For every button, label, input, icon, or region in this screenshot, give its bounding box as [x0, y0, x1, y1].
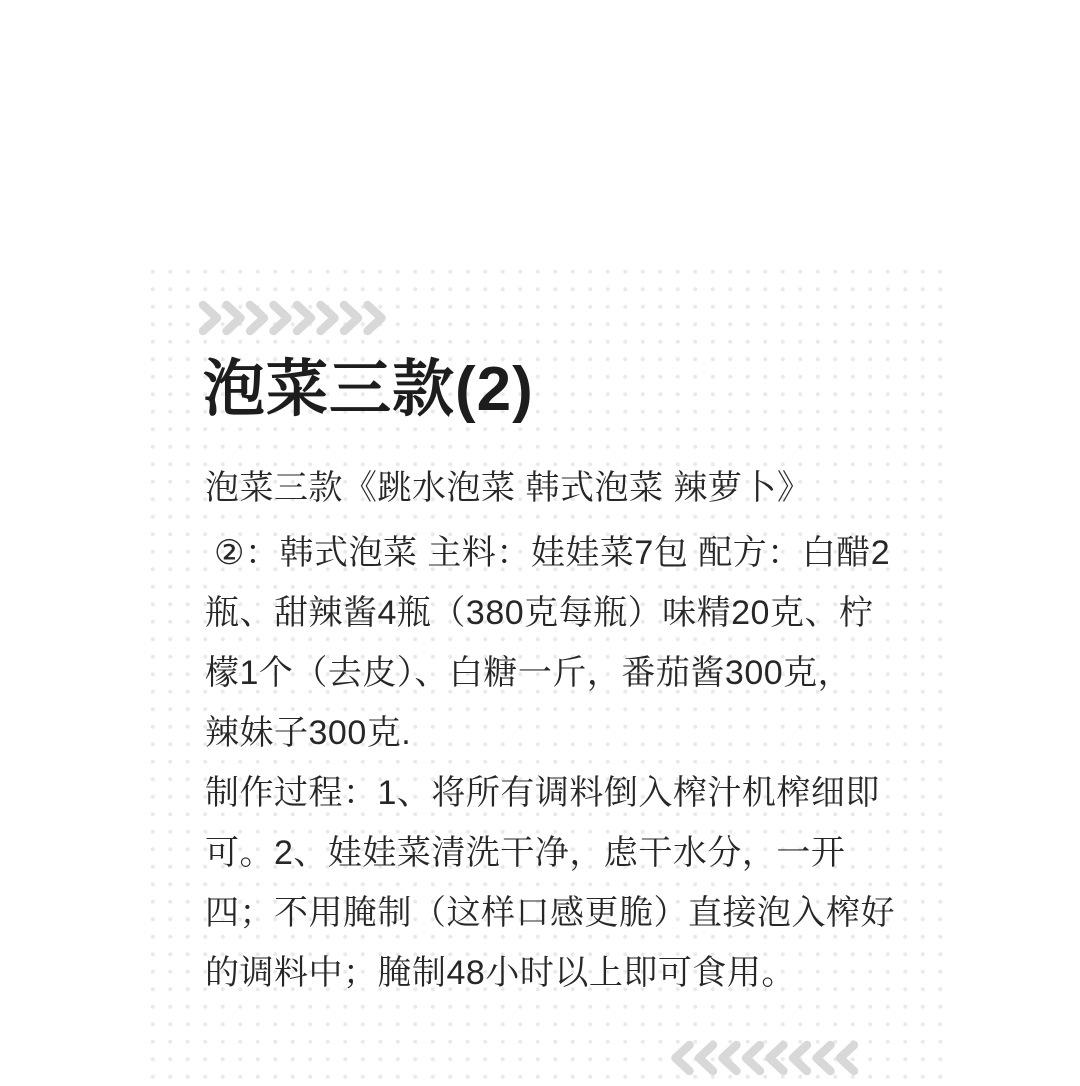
chevrons-right-icon — [199, 300, 389, 336]
recipe-steps-line: 四；不用腌制（这样口感更脆）直接泡入榨好 — [205, 883, 905, 943]
recipe-ingredients-line: 瓶、甜辣酱4瓶（380克每瓶）味精20克、柠 — [205, 583, 905, 643]
recipe-subtitle-line: 泡菜三款《跳水泡菜 韩式泡菜 辣萝卜》 — [205, 458, 905, 518]
recipe-steps-line: 可。2、娃娃菜清洗干净，虑干水分，一开 — [205, 823, 905, 883]
recipe-ingredients-line: 辣妹子300克. — [205, 703, 905, 763]
recipe-ingredients-line: 檬1个（去皮）、白糖一斤，番茄酱300克， — [205, 643, 905, 703]
recipe-steps-line: 制作过程：1、将所有调料倒入榨汁机榨细即 — [205, 763, 905, 823]
chevrons-left-icon — [668, 1040, 858, 1076]
recipe-body: 泡菜三款《跳水泡菜 韩式泡菜 辣萝卜》 ②：韩式泡菜 主料：娃娃菜7包 配方：白… — [205, 458, 905, 1003]
recipe-ingredients-line: ②：韩式泡菜 主料：娃娃菜7包 配方：白醋2 — [205, 523, 905, 583]
recipe-steps-line: 的调料中；腌制48小时以上即可食用。 — [205, 943, 905, 1003]
page-title: 泡菜三款(2) — [203, 352, 534, 428]
